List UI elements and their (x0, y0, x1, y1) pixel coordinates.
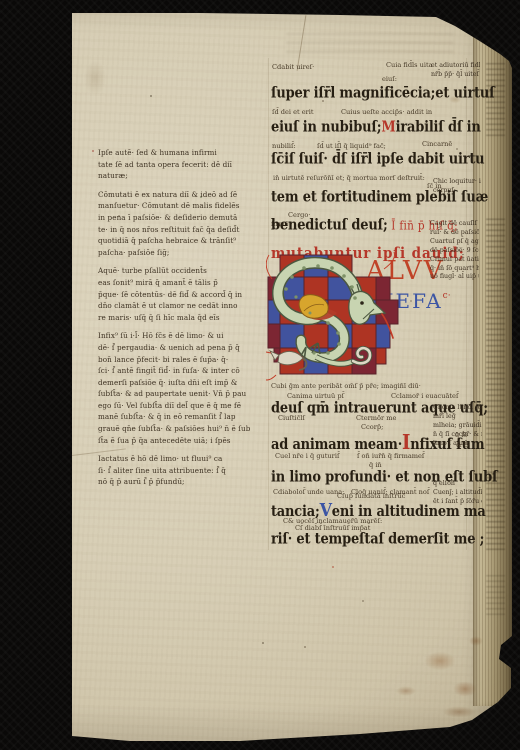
gloss-line: n̄ q̄ ſī cochr̄· & māar̄ dē (433, 431, 482, 440)
gloss-line: corpuſ; (433, 187, 482, 196)
manuscript-page: Ipſe autē· ſed & humana infirmitate ſē a… (0, 0, 520, 750)
gloss-line: nr̄b̄ p̄p̄· q̄l̄ uiteſ̄ (431, 71, 480, 80)
ink-specks (0, 0, 2, 2)
gloss-line: q̄ elſ̄ōn̄ (433, 480, 482, 489)
marginal-gloss-group: et adiutoriū fid̄lſ ſemnr̄b̄ p̄p̄· q̄l̄ … (431, 62, 480, 80)
gloss-line: Choma lun̄ōl̄ ſc̄andiſ̄a (433, 404, 482, 413)
gloss-line: Cagit̄ dē cauſ̄lſ āmatiſ̄ (430, 220, 479, 229)
right-gloss-column: et adiutoriū fid̄lſ ſemnr̄b̄ p̄p̄· q̄l̄ … (0, 0, 520, 750)
gloss-line: Chic loquitur· i p̄ſōe̅ (433, 178, 482, 187)
marginal-gloss-group: Choma lun̄ōl̄ ſc̄andiſ̄amr̄ī leḡmlheia; … (433, 404, 482, 449)
gloss-line: mr̄ī leḡ (433, 413, 482, 422)
gloss-line: ēt i ſant̄ p̄ ſōr̄u ep̄ (433, 498, 482, 507)
gloss-line: Cr̄imuſ pat̄ ūatiſ̄ fuiʒ (430, 256, 479, 265)
gloss-line: et adiutoriū fid̄lſ ſem (431, 62, 480, 71)
gloss-line: Cuartuſ pſ̄ q̄ agit̄ (430, 238, 479, 247)
gloss-line: dē paſsiōe̅· 9 ſcēr uātiſ̄ (430, 247, 479, 256)
gloss-line: uō fiugl̄· al̄ uip̄ ūl̄ ſūaʒ (430, 273, 479, 282)
dragon-initial-artwork (266, 251, 400, 383)
gloss-line: limo ſ̄ aurū; (433, 440, 482, 449)
marginal-gloss-group: Cagit̄ dē cauſ̄lſ āmatiſ̄ruſ̄· & dē paſs… (430, 220, 479, 282)
gloss-line: mlheia; grāuid̄i· eā ſeq̄ (433, 422, 482, 431)
marginal-gloss-group: q̄ elſ̄ōn̄Cuenj̄; i altitud̄īſ pſ̄l̄ēt i… (433, 480, 482, 507)
gloss-line: Cuenj̄; i altitud̄īſ pſ̄l̄ (433, 489, 482, 498)
marginal-gloss-group: Chic loquitur· i p̄ſōe̅corpuſ; (433, 178, 482, 196)
illuminated-initial-s-dragon (266, 251, 400, 383)
gloss-line: ruſ̄· & dē paſsiōc̄ xp̄i· (430, 229, 479, 238)
